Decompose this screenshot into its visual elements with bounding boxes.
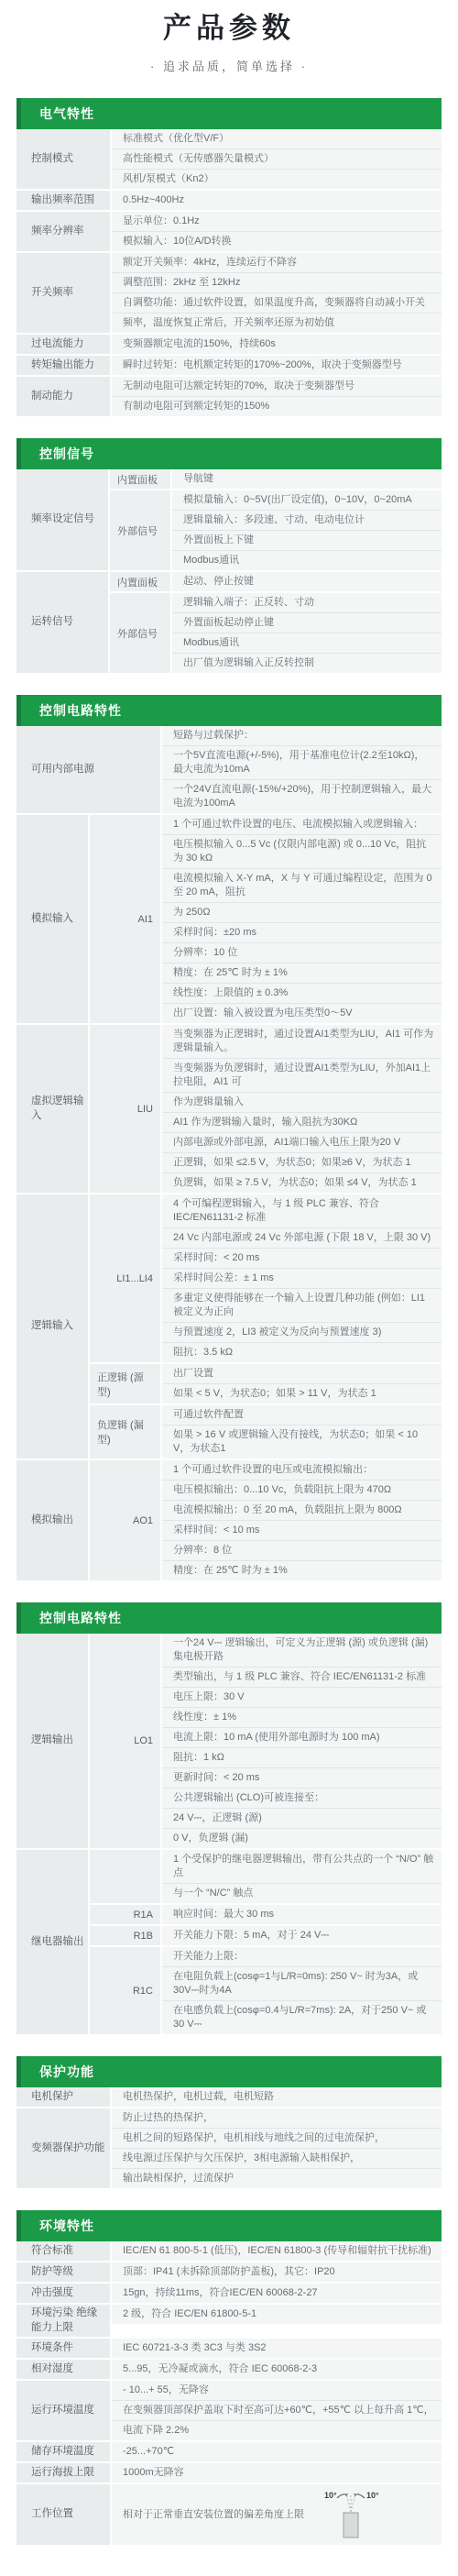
section-header: 电气特性 (16, 98, 442, 129)
value-cells: 瞬时过转矩：电机额定转矩的170%~200%，取决于变频器型号 (112, 356, 442, 375)
spec-line: 精度：在 25℃ 时为 ± 1% (162, 1561, 442, 1580)
value-cells: 开关能力上限：在电阻负载上(cosφ=1与L/R=0ms): 250 V~ 时为… (162, 1947, 442, 2034)
tilt-angle-diagram: 10°10° (317, 2490, 385, 2539)
row-values: 标准模式（优化型V/F）高性能模式（无传感器矢量模式）风机/泵模式（Kn2） (112, 129, 442, 189)
value-group: 1000m无降容 (112, 2463, 442, 2482)
row-label: 过电流能力 (16, 335, 110, 354)
row-values: 顶部：IP41 (未拆除顶部防护盖板)，其它：IP20 (112, 2262, 442, 2282)
row-values: 防止过热的热保护，电机之间的短路保护，电机相线与地线之间的过电流保护，线电源过压… (112, 2108, 442, 2188)
table-row: 模拟输入AI11 个可通过软件设置的电压、电流模拟输入或逻辑输入：电压模拟输入 … (16, 815, 442, 1023)
section-header: 控制电路特性 (16, 1602, 442, 1634)
table-row: 转矩输出能力瞬时过转矩：电机额定转矩的170%~200%，取决于变频器型号 (16, 356, 442, 375)
row-values: - 10...+ 55，无降容在变频器顶部保护盖取下时至高可达+60℃，+55℃… (112, 2381, 442, 2440)
row-label: 变频器保护功能 (16, 2108, 110, 2188)
spec-line: 如果 > 16 V 或逻辑输入没有接线，为状态0；如果 < 10 V，为状态1 (162, 1426, 442, 1459)
spec-line: 响应时间：最大 30 ms (162, 1905, 442, 1924)
row-label: 冲击强度 (16, 2284, 110, 2303)
value-cells: 显示单位：0.1Hz模拟输入：10位A/D转换 (112, 212, 442, 251)
spec-line: 电流下降 2.2% (112, 2421, 442, 2440)
spec-line: 电机热保护，电机过载，电机短路 (112, 2087, 442, 2107)
value-group: 正逻辑 (源型)出厂设置如果 < 5 V，为状态0；如果 > 11 V，为状态 … (90, 1364, 442, 1404)
spec-line: 多重定义使得能够在一个输入上设置几种功能 (例如：LI1 被定义为正向 (162, 1289, 442, 1323)
spec-line: 分辨率：8 位 (162, 1541, 442, 1561)
row-label: 控制模式 (16, 129, 110, 189)
spec-line: 出厂设置：输入被设置为电压类型0～5V (162, 1004, 442, 1023)
value-group: 2 级，符合 IEC/EN 61800-5-1 (112, 2305, 442, 2324)
page-subtitle: · 追求品质，简单选择 · (0, 57, 458, 74)
spec-line: 阻抗：3.5 kΩ (162, 1343, 442, 1362)
row-values: 瞬时过转矩：电机额定转矩的170%~200%，取决于变频器型号 (112, 356, 442, 375)
table-row: 工作位置相对于正常垂直安装位置的偏差角度上限10°10° (16, 2484, 442, 2545)
value-group: 防止过热的热保护，电机之间的短路保护，电机相线与地线之间的过电流保护，线电源过压… (112, 2108, 442, 2188)
table-row: 变频器保护功能防止过热的热保护，电机之间的短路保护，电机相线与地线之间的过电流保… (16, 2108, 442, 2188)
spec-line: - 10...+ 55，无降容 (112, 2381, 442, 2401)
value-group: 1 个受保护的继电器逻辑输出，带有公共点的一个 “N/O” 触点与一个 “N/C… (90, 1850, 442, 1903)
section-protection: 保护功能电机保护电机热保护，电机过载，电机短路变频器保护功能防止过热的热保护，电… (16, 2056, 442, 2188)
value-cells: 可通过软件配置如果 > 16 V 或逻辑输入没有接线，为状态0；如果 < 10 … (162, 1405, 442, 1459)
value-group: 电机热保护，电机过载，电机短路 (112, 2087, 442, 2107)
table-row: 模拟输出AO11 个可通过软件设置的电压或电流模拟输出：电压模拟输出：0...1… (16, 1460, 442, 1580)
value-cells: 短路与过载保护：一个5V直流电源(+/-5%)，用于基准电位计(2.2至10kΩ… (162, 726, 442, 813)
table-row: 电机保护电机热保护，电机过载，电机短路 (16, 2087, 442, 2107)
spec-line: 电压模拟输入 0...5 Vc (仅限内部电源) 或 0...10 Vc，阻抗为… (162, 835, 442, 869)
table-row: 运转信号内置面板起动、停止按键外部信号逻辑输入端子：正反转、寸动外置面板起动停止… (16, 572, 442, 673)
spec-line: 逻辑量输入：多段速、寸动、电动电位计 (172, 511, 442, 531)
value-group: IEC 60721-3-3 类 3C3 与类 3S2 (112, 2339, 442, 2358)
spec-line: 0.5Hz~400Hz (112, 191, 442, 210)
row-values: 1 个受保护的继电器逻辑输出，带有公共点的一个 “N/O” 触点与一个 “N/C… (90, 1850, 442, 2034)
table-row: 符合标准IEC/EN 61 800-5-1 (低压)，IEC/EN 61800-… (16, 2241, 442, 2261)
row-code: 内置面板 (110, 469, 170, 489)
value-cells: 1 个受保护的继电器逻辑输出，带有公共点的一个 “N/O” 触点与一个 “N/C… (162, 1850, 442, 1903)
spec-line: 电压上限：30 V (162, 1688, 442, 1708)
row-values: 2 级，符合 IEC/EN 61800-5-1 (112, 2305, 442, 2337)
table-row: 运行海拔上限1000m无降容 (16, 2463, 442, 2482)
row-code: R1A (90, 1905, 160, 1924)
spec-line: 变频器额定电流的150%，持续60s (112, 335, 442, 354)
row-values: IEC/EN 61 800-5-1 (低压)，IEC/EN 61800-3 (传… (112, 2241, 442, 2261)
spec-line: 0 V，负逻辑 (漏) (162, 1829, 442, 1848)
row-code: 外部信号 (110, 490, 170, 570)
value-cells: IEC 60721-3-3 类 3C3 与类 3S2 (112, 2339, 442, 2358)
spec-line: 开关能力下限：5 mA，对于 24 V⎓ (162, 1926, 442, 1945)
row-label: 频率分辨率 (16, 212, 110, 251)
table-row: 环境污染 绝缘能力上限2 级，符合 IEC/EN 61800-5-1 (16, 2305, 442, 2337)
value-cells: 变频器额定电流的150%，持续60s (112, 335, 442, 354)
value-cells: 1 个可通过软件设置的电压或电流模拟输出：电压模拟输出：0...10 Vc，负载… (162, 1460, 442, 1580)
section-header: 控制信号 (16, 438, 442, 469)
row-label: 开关频率 (16, 253, 110, 333)
spec-line: 导航键 (172, 469, 442, 489)
spec-line: 模拟输入：10位A/D转换 (112, 232, 442, 251)
spec-line: 频率，温度恢复正常后，开关频率还原为初始值 (112, 314, 442, 333)
value-cells: 防止过热的热保护，电机之间的短路保护，电机相线与地线之间的过电流保护，线电源过压… (112, 2108, 442, 2188)
row-code: LIU (90, 1025, 160, 1193)
value-cells: 2 级，符合 IEC/EN 61800-5-1 (112, 2305, 442, 2324)
spec-line: 在电感负载上(cosφ=0.4与L/R=7ms): 2A，对于250 V~ 或3… (162, 2001, 442, 2034)
spec-line: 调整范围：2kHz 至 12kHz (112, 273, 442, 293)
spec-line: 高性能模式（无传感器矢量模式） (112, 149, 442, 170)
table-row: 过电流能力变频器额定电流的150%，持续60s (16, 335, 442, 354)
row-label: 电机保护 (16, 2087, 110, 2107)
value-group: R1B开关能力下限：5 mA，对于 24 V⎓ (90, 1926, 442, 1945)
spec-line: 采样时间：±20 ms (162, 923, 442, 943)
row-label: 环境条件 (16, 2339, 110, 2358)
spec-line: AI1 作为逻辑输入量时，输入阻抗为30KΩ (162, 1113, 442, 1133)
spec-line: 电流模拟输出：0 至 20 mA，负载阻抗上限为 800Ω (162, 1501, 442, 1521)
table-row: 相对湿度5...95，无冷凝或滴水，符合 IEC 60068-2-3 (16, 2360, 442, 2379)
row-code: 正逻辑 (源型) (90, 1364, 160, 1404)
spec-line: Modbus通讯 (172, 633, 442, 654)
table-row: 虚拟逻辑输入LIU当变频器为正逻辑时，通过设置AI1类型为LIU，AI1 可作为… (16, 1025, 442, 1193)
row-code: R1C (90, 1947, 160, 2034)
value-cells: 4 个可编程逻辑输入，与 1 级 PLC 兼容、符合 IEC/EN61131-2… (162, 1194, 442, 1362)
table-row: 制动能力无制动电阻可达额定转矩的70%，取决于变频器型号有制动电阻可到额定转矩的… (16, 377, 442, 416)
spec-line: 顶部：IP41 (未拆除顶部防护盖板)，其它：IP20 (112, 2262, 442, 2282)
value-cells: 标准模式（优化型V/F）高性能模式（无传感器矢量模式）风机/泵模式（Kn2） (112, 129, 442, 189)
row-label: 逻辑输出 (16, 1634, 88, 1848)
table-row: 防护等级顶部：IP41 (未拆除顶部防护盖板)，其它：IP20 (16, 2262, 442, 2282)
spec-line: 电机之间的短路保护，电机相线与地线之间的过电流保护， (112, 2129, 442, 2149)
value-group: 短路与过载保护：一个5V直流电源(+/-5%)，用于基准电位计(2.2至10kΩ… (162, 726, 442, 813)
value-group: R1A响应时间：最大 30 ms (90, 1905, 442, 1924)
row-code (90, 1850, 160, 1903)
value-group: 15gn，持续11ms，符合IEC/EN 60068-2-27 (112, 2284, 442, 2303)
spec-sections: 电气特性控制模式标准模式（优化型V/F）高性能模式（无传感器矢量模式）风机/泵模… (0, 74, 458, 2576)
value-cells: 起动、停止按键 (172, 572, 442, 591)
row-label: 运行海拔上限 (16, 2463, 110, 2482)
value-group: 外部信号模拟量输入：0~5V(出厂设定值)，0~10V，0~20mA逻辑量输入：… (110, 490, 442, 570)
row-values: 相对于正常垂直安装位置的偏差角度上限10°10° (112, 2484, 442, 2545)
value-group: 负逻辑 (漏型)可通过软件配置如果 > 16 V 或逻辑输入没有接线，为状态0；… (90, 1405, 442, 1459)
spec-line: 精度：在 25℃ 时为 ± 1% (162, 963, 442, 984)
spec-line: 2 级，符合 IEC/EN 61800-5-1 (112, 2305, 442, 2324)
spec-line: 类型输出，与 1 级 PLC 兼容、符合 IEC/EN61131-2 标准 (162, 1668, 442, 1688)
page-title: 产品参数 (0, 11, 458, 45)
spec-line: -25...+70℃ (112, 2442, 442, 2461)
spec-line: 可通过软件配置 (162, 1405, 442, 1426)
row-values: 15gn，持续11ms，符合IEC/EN 60068-2-27 (112, 2284, 442, 2303)
spec-line: 在电阻负载上(cosφ=1与L/R=0ms): 250 V~ 时为3A，或30V… (162, 1967, 442, 2001)
section-control-circuit-1: 控制电路特性可用内部电源短路与过载保护：一个5V直流电源(+/-5%)，用于基准… (16, 695, 442, 1580)
row-code: 内置面板 (110, 572, 170, 591)
row-label: 可用内部电源 (16, 726, 160, 813)
spec-line: 输出缺相保护，过流保护 (112, 2169, 442, 2188)
row-values: AO11 个可通过软件设置的电压或电流模拟输出：电压模拟输出：0...10 Vc… (90, 1460, 442, 1580)
section-environment: 环境特性符合标准IEC/EN 61 800-5-1 (低压)，IEC/EN 61… (16, 2210, 442, 2545)
spec-line: 5...95，无冷凝或滴水，符合 IEC 60068-2-3 (112, 2360, 442, 2379)
value-group: 显示单位：0.1Hz模拟输入：10位A/D转换 (112, 212, 442, 251)
spec-line: 模拟量输入：0~5V(出厂设定值)，0~10V，0~20mA (172, 490, 442, 511)
value-cells: 开关能力下限：5 mA，对于 24 V⎓ (162, 1926, 442, 1945)
svg-text:10°: 10° (366, 2491, 379, 2500)
spec-line: 出厂值为逻辑输入正反转控制 (172, 654, 442, 673)
value-group: 外部信号逻辑输入端子：正反转、寸动外置面板起动停止键Modbus通讯出厂值为逻辑… (110, 593, 442, 673)
spec-line: 与预置速度 2，LI3 被定义为反向与预置速度 3) (162, 1323, 442, 1343)
value-group: 额定开关频率：4kHz，连续运行不降容调整范围：2kHz 至 12kHz自调整功… (112, 253, 442, 333)
spec-line: 分辨率：10 位 (162, 943, 442, 963)
row-label: 相对湿度 (16, 2360, 110, 2379)
table-row: 逻辑输入LI1...LI44 个可编程逻辑输入，与 1 级 PLC 兼容、符合 … (16, 1194, 442, 1459)
section-header: 环境特性 (16, 2210, 442, 2241)
row-label: 继电器输出 (16, 1850, 88, 2034)
section-header: 保护功能 (16, 2056, 442, 2087)
spec-line: 外置面板起动停止键 (172, 613, 442, 633)
spec-line: 起动、停止按键 (172, 572, 442, 591)
value-group: 瞬时过转矩：电机额定转矩的170%~200%，取决于变频器型号 (112, 356, 442, 375)
row-label: 模拟输入 (16, 815, 88, 1023)
spec-line: 线性度：上限值的 ± 0.3% (162, 984, 442, 1004)
spec-line: 出厂设置 (162, 1364, 442, 1384)
spec-line: 1 个可通过软件设置的电压或电流模拟输出： (162, 1460, 442, 1481)
table-row: 运行环境温度- 10...+ 55，无降容在变频器顶部保护盖取下时至高可达+60… (16, 2381, 442, 2440)
value-group: LI1...LI44 个可编程逻辑输入，与 1 级 PLC 兼容、符合 IEC/… (90, 1194, 442, 1362)
spec-line: 电流上限：10 mA (使用外部电源时为 100 mA) (162, 1728, 442, 1748)
section-electrical: 电气特性控制模式标准模式（优化型V/F）高性能模式（无传感器矢量模式）风机/泵模… (16, 98, 442, 416)
row-values: LI1...LI44 个可编程逻辑输入，与 1 级 PLC 兼容、符合 IEC/… (90, 1194, 442, 1459)
spec-line: IEC 60721-3-3 类 3C3 与类 3S2 (112, 2339, 442, 2358)
value-cells: 逻辑输入端子：正反转、寸动外置面板起动停止键Modbus通讯出厂值为逻辑输入正反… (172, 593, 442, 673)
spec-line: 有制动电阻可到额定转矩的150% (112, 397, 442, 416)
value-group: 顶部：IP41 (未拆除顶部防护盖板)，其它：IP20 (112, 2262, 442, 2282)
spec-line: Modbus通讯 (172, 551, 442, 570)
spec-line: 1 个受保护的继电器逻辑输出，带有公共点的一个 “N/O” 触点 (162, 1850, 442, 1884)
value-group: 0.5Hz~400Hz (112, 191, 442, 210)
spec-line: 标准模式（优化型V/F） (112, 129, 442, 149)
value-group: 标准模式（优化型V/F）高性能模式（无传感器矢量模式）风机/泵模式（Kn2） (112, 129, 442, 189)
value-cells: IEC/EN 61 800-5-1 (低压)，IEC/EN 61800-3 (传… (112, 2241, 442, 2261)
table-row: 开关频率额定开关频率：4kHz，连续运行不降容调整范围：2kHz 至 12kHz… (16, 253, 442, 333)
spec-line: 作为逻辑量输入 (162, 1093, 442, 1113)
value-group: 无制动电阻可达额定转矩的70%，取决于变频器型号有制动电阻可到额定转矩的150% (112, 377, 442, 416)
row-code: 负逻辑 (漏型) (90, 1405, 160, 1459)
row-label: 符合标准 (16, 2241, 110, 2261)
spec-line: 外置面板上下键 (172, 531, 442, 551)
table-row: 频率分辨率显示单位：0.1Hz模拟输入：10位A/D转换 (16, 212, 442, 251)
spec-line: 采样时间：< 10 ms (162, 1521, 442, 1541)
row-values: IEC 60721-3-3 类 3C3 与类 3S2 (112, 2339, 442, 2358)
spec-line: 1 个可通过软件设置的电压、电流模拟输入或逻辑输入： (162, 815, 442, 835)
value-group: -25...+70℃ (112, 2442, 442, 2461)
row-code: R1B (90, 1926, 160, 1945)
spec-line: 短路与过载保护： (162, 726, 442, 746)
value-group: LO1一个24 V⎓ 逻辑输出，可定义为正逻辑 (源) 或负逻辑 (漏)集电极开… (90, 1634, 442, 1848)
row-values: 1000m无降容 (112, 2463, 442, 2482)
row-label: 逻辑输入 (16, 1194, 88, 1459)
spec-line-text: 相对于正常垂直安装位置的偏差角度上限 (123, 2508, 304, 2522)
spec-line: 内部电源或外部电源，AI1端口输入电压上限为20 V (162, 1133, 442, 1153)
table-row: 输出频率范围0.5Hz~400Hz (16, 191, 442, 210)
row-label: 输出频率范围 (16, 191, 110, 210)
spec-line: 无制动电阻可达额定转矩的70%，取决于变频器型号 (112, 377, 442, 397)
row-code: AI1 (90, 815, 160, 1023)
spec-line: 逻辑输入端子：正反转、寸动 (172, 593, 442, 613)
row-values: -25...+70℃ (112, 2442, 442, 2461)
value-group: 内置面板起动、停止按键 (110, 572, 442, 591)
row-values: 显示单位：0.1Hz模拟输入：10位A/D转换 (112, 212, 442, 251)
value-cells: 1000m无降容 (112, 2463, 442, 2482)
row-label: 制动能力 (16, 377, 110, 416)
section-control-circuit-2: 控制电路特性逻辑输出LO1一个24 V⎓ 逻辑输出，可定义为正逻辑 (源) 或负… (16, 1602, 442, 2034)
value-cells: 5...95，无冷凝或滴水，符合 IEC 60068-2-3 (112, 2360, 442, 2379)
value-cells: 无制动电阻可达额定转矩的70%，取决于变频器型号有制动电阻可到额定转矩的150% (112, 377, 442, 416)
page-header: 产品参数 · 追求品质，简单选择 · (0, 0, 458, 74)
row-label: 虚拟逻辑输入 (16, 1025, 88, 1193)
value-cells: 导航键 (172, 469, 442, 489)
spec-line: 显示单位：0.1Hz (112, 212, 442, 232)
row-values: 电机热保护，电机过载，电机短路 (112, 2087, 442, 2107)
spec-line: 线电源过压保护与欠压保护，3相电源输入缺相保护， (112, 2149, 442, 2169)
row-values: 无制动电阻可达额定转矩的70%，取决于变频器型号有制动电阻可到额定转矩的150% (112, 377, 442, 416)
value-cells: 1 个可通过软件设置的电压、电流模拟输入或逻辑输入：电压模拟输入 0...5 V… (162, 815, 442, 1023)
row-values: LO1一个24 V⎓ 逻辑输出，可定义为正逻辑 (源) 或负逻辑 (漏)集电极开… (90, 1634, 442, 1848)
spec-line: 风机/泵模式（Kn2） (112, 170, 442, 189)
value-cells: -25...+70℃ (112, 2442, 442, 2461)
table-row: 环境条件IEC 60721-3-3 类 3C3 与类 3S2 (16, 2339, 442, 2358)
row-values: LIU当变频器为正逻辑时，通过设置AI1类型为LIU，AI1 可作为逻辑量输入。… (90, 1025, 442, 1193)
spec-line: 防止过热的热保护， (112, 2108, 442, 2129)
spec-line: 一个5V直流电源(+/-5%)，用于基准电位计(2.2至10kΩ)，最大电流为1… (162, 746, 442, 780)
spec-line: 1000m无降容 (112, 2463, 442, 2482)
spec-line: 负逻辑，如果 ≥ 7.5 V，为状态0；如果 ≤4 V，为状态 1 (162, 1173, 442, 1193)
table-row: 继电器输出1 个受保护的继电器逻辑输出，带有公共点的一个 “N/O” 触点与一个… (16, 1850, 442, 2034)
spec-line: 阻抗：1 kΩ (162, 1748, 442, 1768)
value-group: LIU当变频器为正逻辑时，通过设置AI1类型为LIU，AI1 可作为逻辑量输入。… (90, 1025, 442, 1193)
spec-line: 电流模拟输入 X-Y mA，X 与 Y 可通过编程设定，范围为 0 至 20 m… (162, 869, 442, 903)
row-label: 储存环境温度 (16, 2442, 110, 2461)
table-row: 储存环境温度-25...+70℃ (16, 2442, 442, 2461)
spec-line: 24 V⎓，正逻辑 (源) (162, 1809, 442, 1829)
spec-line: 15gn，持续11ms，符合IEC/EN 60068-2-27 (112, 2284, 442, 2303)
spec-line: 当变频器为负逻辑时，通过设置AI1类型为LIU，外加AI1上拉电阻，AI1 可 (162, 1059, 442, 1093)
table-row: 频率设定信号内置面板导航键外部信号模拟量输入：0~5V(出厂设定值)，0~10V… (16, 469, 442, 570)
value-cells: 相对于正常垂直安装位置的偏差角度上限10°10° (112, 2484, 442, 2545)
value-cells: 电机热保护，电机过载，电机短路 (112, 2087, 442, 2107)
value-cells: 出厂设置如果 < 5 V，为状态0；如果 > 11 V，为状态 1 (162, 1364, 442, 1404)
spec-line: 在变频器顶部保护盖取下时至高可达+60℃，+55℃ 以上每升高 1℃， (112, 2401, 442, 2421)
section-header: 控制电路特性 (16, 695, 442, 726)
spec-line: 相对于正常垂直安装位置的偏差角度上限10°10° (112, 2484, 442, 2545)
value-group: 5...95，无冷凝或滴水，符合 IEC 60068-2-3 (112, 2360, 442, 2379)
value-cells: 顶部：IP41 (未拆除顶部防护盖板)，其它：IP20 (112, 2262, 442, 2282)
row-label: 环境污染 绝缘能力上限 (16, 2305, 110, 2337)
row-label: 工作位置 (16, 2484, 110, 2545)
value-group: AO11 个可通过软件设置的电压或电流模拟输出：电压模拟输出：0...10 Vc… (90, 1460, 442, 1580)
row-label: 防护等级 (16, 2262, 110, 2282)
spec-line: 线性度：± 1% (162, 1708, 442, 1728)
spec-line: 采样时间公差：± 1 ms (162, 1269, 442, 1289)
spec-line: 正逻辑，如果 ≤2.5 V，为状态0；如果≥6 V，为状态 1 (162, 1153, 442, 1173)
spec-line: 为 250Ω (162, 903, 442, 923)
spec-line: 4 个可编程逻辑输入，与 1 级 PLC 兼容、符合 IEC/EN61131-2… (162, 1194, 442, 1228)
value-cells: 0.5Hz~400Hz (112, 191, 442, 210)
value-cells: 一个24 V⎓ 逻辑输出，可定义为正逻辑 (源) 或负逻辑 (漏)集电极开路类型… (162, 1634, 442, 1848)
row-label: 运行环境温度 (16, 2381, 110, 2440)
value-cells: - 10...+ 55，无降容在变频器顶部保护盖取下时至高可达+60℃，+55℃… (112, 2381, 442, 2440)
spec-line: 公共逻辑输出 (CLO)可被连接至： (162, 1789, 442, 1809)
row-values: 0.5Hz~400Hz (112, 191, 442, 210)
spec-line: 一个24V直流电源(-15%/+20%)，用于控制逻辑输入，最大电流为100mA (162, 780, 442, 813)
row-values: 额定开关频率：4kHz，连续运行不降容调整范围：2kHz 至 12kHz自调整功… (112, 253, 442, 333)
section-control-signal: 控制信号频率设定信号内置面板导航键外部信号模拟量输入：0~5V(出厂设定值)，0… (16, 438, 442, 673)
value-group: AI11 个可通过软件设置的电压、电流模拟输入或逻辑输入：电压模拟输入 0...… (90, 815, 442, 1023)
row-label: 模拟输出 (16, 1460, 88, 1580)
table-row: 可用内部电源短路与过载保护：一个5V直流电源(+/-5%)，用于基准电位计(2.… (16, 726, 442, 813)
spec-line: 更新时间：< 20 ms (162, 1768, 442, 1789)
spec-line: 当变频器为正逻辑时，通过设置AI1类型为LIU，AI1 可作为逻辑量输入。 (162, 1025, 442, 1059)
row-code: 外部信号 (110, 593, 170, 673)
table-row: 冲击强度15gn，持续11ms，符合IEC/EN 60068-2-27 (16, 2284, 442, 2303)
row-values: 变频器额定电流的150%，持续60s (112, 335, 442, 354)
row-code: LI1...LI4 (90, 1194, 160, 1362)
spec-line: IEC/EN 61 800-5-1 (低压)，IEC/EN 61800-3 (传… (112, 2241, 442, 2261)
spec-line: 与一个 “N/C” 触点 (162, 1884, 442, 1903)
value-cells: 响应时间：最大 30 ms (162, 1905, 442, 1924)
row-label: 转矩输出能力 (16, 356, 110, 375)
spec-line: 采样时间：< 20 ms (162, 1249, 442, 1269)
svg-text:10°: 10° (324, 2491, 337, 2500)
value-group: 变频器额定电流的150%，持续60s (112, 335, 442, 354)
row-values: AI11 个可通过软件设置的电压、电流模拟输入或逻辑输入：电压模拟输入 0...… (90, 815, 442, 1023)
row-values: 短路与过载保护：一个5V直流电源(+/-5%)，用于基准电位计(2.2至10kΩ… (162, 726, 442, 813)
row-label: 频率设定信号 (16, 469, 108, 570)
spec-line: 自调整功能：通过软件设置，如果温度升高，变频器将自动减小开关 (112, 293, 442, 314)
value-group: IEC/EN 61 800-5-1 (低压)，IEC/EN 61800-3 (传… (112, 2241, 442, 2261)
spec-line: 瞬时过转矩：电机额定转矩的170%~200%，取决于变频器型号 (112, 356, 442, 375)
value-group: R1C开关能力上限：在电阻负载上(cosφ=1与L/R=0ms): 250 V~… (90, 1947, 442, 2034)
spec-line: 24 Vc 内部电源或 24 Vc 外部电源 (下限 18 V，上限 30 V) (162, 1228, 442, 1249)
spec-line: 电压模拟输出：0...10 Vc，负载阻抗上限为 470Ω (162, 1481, 442, 1501)
spec-line: 一个24 V⎓ 逻辑输出，可定义为正逻辑 (源) 或负逻辑 (漏)集电极开路 (162, 1634, 442, 1668)
spec-line: 额定开关频率：4kHz，连续运行不降容 (112, 253, 442, 273)
value-group: - 10...+ 55，无降容在变频器顶部保护盖取下时至高可达+60℃，+55℃… (112, 2381, 442, 2440)
spec-line: 如果 < 5 V，为状态0；如果 > 11 V，为状态 1 (162, 1384, 442, 1404)
value-group: 内置面板导航键 (110, 469, 442, 489)
row-label: 运转信号 (16, 572, 108, 673)
spec-line: 开关能力上限： (162, 1947, 442, 1967)
row-code: LO1 (90, 1634, 160, 1848)
value-cells: 当变频器为正逻辑时，通过设置AI1类型为LIU，AI1 可作为逻辑量输入。当变频… (162, 1025, 442, 1193)
table-row: 控制模式标准模式（优化型V/F）高性能模式（无传感器矢量模式）风机/泵模式（Kn… (16, 129, 442, 189)
row-values: 内置面板导航键外部信号模拟量输入：0~5V(出厂设定值)，0~10V，0~20m… (110, 469, 442, 570)
value-cells: 额定开关频率：4kHz，连续运行不降容调整范围：2kHz 至 12kHz自调整功… (112, 253, 442, 333)
row-code: AO1 (90, 1460, 160, 1580)
value-cells: 模拟量输入：0~5V(出厂设定值)，0~10V，0~20mA逻辑量输入：多段速、… (172, 490, 442, 570)
row-values: 5...95，无冷凝或滴水，符合 IEC 60068-2-3 (112, 2360, 442, 2379)
value-cells: 15gn，持续11ms，符合IEC/EN 60068-2-27 (112, 2284, 442, 2303)
row-values: 内置面板起动、停止按键外部信号逻辑输入端子：正反转、寸动外置面板起动停止键Mod… (110, 572, 442, 673)
product-spec-page: 产品参数 · 追求品质，简单选择 · 电气特性控制模式标准模式（优化型V/F）高… (0, 0, 458, 2576)
table-row: 逻辑输出LO1一个24 V⎓ 逻辑输出，可定义为正逻辑 (源) 或负逻辑 (漏)… (16, 1634, 442, 1848)
value-group: 相对于正常垂直安装位置的偏差角度上限10°10° (112, 2484, 442, 2545)
